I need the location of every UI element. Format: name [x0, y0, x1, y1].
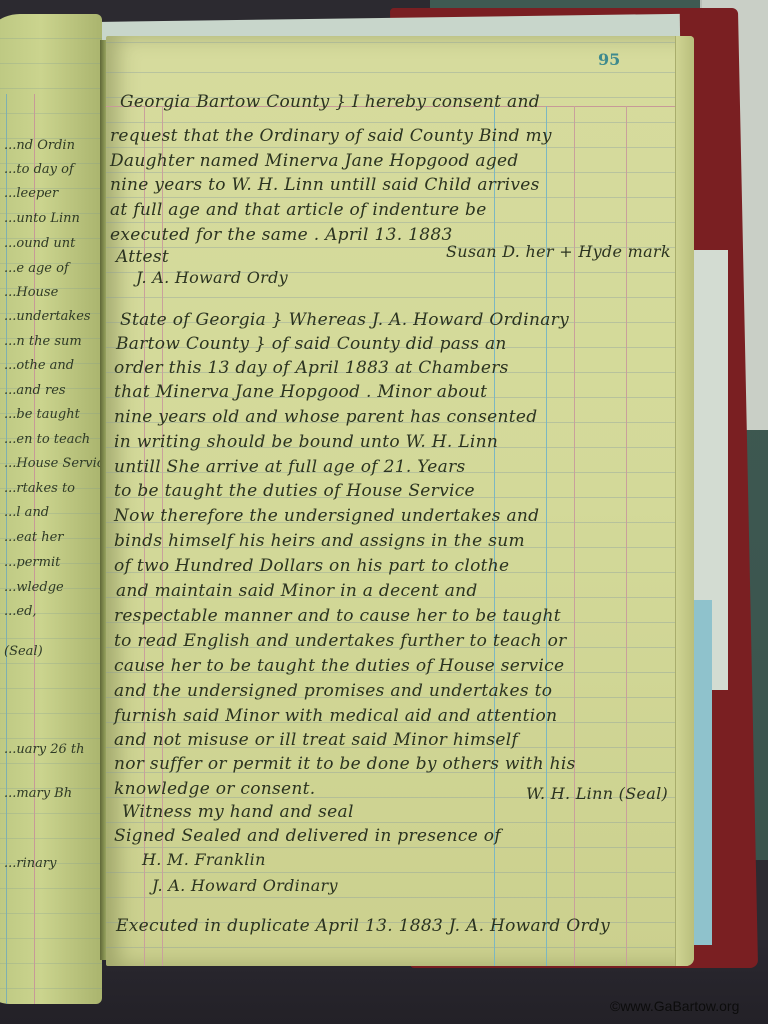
handwritten-line: Signed Sealed and delivered in presence …	[114, 826, 684, 846]
signature-howard: J. A. Howard Ordy	[136, 268, 694, 287]
handwritten-line: cause her to be taught the duties of Hou…	[114, 656, 684, 676]
handwritten-line: in writing should be bound unto W. H. Li…	[114, 432, 684, 452]
handwritten-line: to be taught the duties of House Service	[114, 481, 684, 501]
handwritten-line: Daughter named Minerva Jane Hopgood aged	[110, 151, 680, 171]
left-line: ...nd Ordin	[4, 138, 94, 153]
left-line: ...leeper	[4, 186, 94, 201]
handwritten-line: untill She arrive at full age of 21. Yea…	[114, 457, 684, 477]
handwritten-line: that Minerva Jane Hopgood . Minor about	[114, 382, 684, 402]
left-line: ...mary Bh	[4, 786, 94, 801]
handwritten-line: and the undersigned promises and underta…	[114, 681, 684, 701]
copyright-watermark: ©www.GaBartow.org	[610, 998, 739, 1014]
witness-howard: J. A. Howard Ordinary	[152, 876, 694, 895]
left-line: ...undertakes	[4, 309, 94, 324]
handwritten-line: Bartow County } of said County did pass …	[116, 334, 686, 354]
handwritten-line: respectable manner and to cause her to b…	[114, 606, 684, 626]
handwritten-line: request that the Ordinary of said County…	[110, 126, 680, 146]
handwritten-line: Witness my hand and seal	[122, 802, 692, 822]
left-line: ...wledge	[4, 580, 94, 595]
left-line: ...ed,	[4, 604, 94, 619]
page-number: 95	[598, 50, 620, 69]
handwritten-line: order this 13 day of April 1883 at Chamb…	[114, 358, 684, 378]
left-line: ...uary 26 th	[4, 742, 94, 757]
left-line: ...othe and	[4, 358, 94, 373]
handwritten-line: nine years to W. H. Linn untill said Chi…	[110, 175, 680, 195]
left-line: ...en to teach	[4, 432, 94, 447]
left-line: ...rtakes to	[4, 481, 94, 496]
handwritten-line: binds himself his heirs and assigns in t…	[114, 531, 684, 551]
execution-note: Executed in duplicate April 13. 1883 J. …	[116, 916, 686, 936]
left-page: ...nd Ordin ...to day of ...leeper ...un…	[0, 14, 102, 1004]
handwritten-line: of two Hundred Dollars on his part to cl…	[114, 556, 684, 576]
left-line: ...to day of	[4, 162, 94, 177]
left-line: ...unto Linn	[4, 211, 94, 226]
handwritten-line: nor suffer or permit it to be done by ot…	[114, 754, 684, 774]
left-seal: (Seal)	[4, 644, 94, 659]
left-line: ...eat her	[4, 530, 94, 545]
handwritten-line: furnish said Minor with medical aid and …	[114, 706, 684, 726]
handwritten-line: Attest	[116, 247, 686, 267]
left-line: ...be taught	[4, 407, 94, 422]
handwritten-line: to read English and undertakes further t…	[114, 631, 684, 651]
handwritten-line: nine years old and whose parent has cons…	[114, 407, 684, 427]
left-line: ...n the sum	[4, 334, 94, 349]
left-line: ...House	[4, 285, 94, 300]
witness-franklin: H. M. Franklin	[142, 850, 694, 869]
signature-linn-seal: W. H. Linn (Seal)	[526, 784, 694, 803]
handwritten-line: and not misuse or ill treat said Minor h…	[114, 730, 684, 750]
handwritten-line: State of Georgia } Whereas J. A. Howard …	[120, 310, 690, 330]
left-line: ...e age of	[4, 261, 94, 276]
left-line: ...permit	[4, 555, 94, 570]
handwritten-line: at full age and that article of indentur…	[110, 200, 680, 220]
left-line: ...rinary	[4, 856, 94, 871]
handwritten-line: and maintain said Minor in a decent and	[116, 581, 686, 601]
handwritten-line: Georgia Bartow County } I hereby consent…	[120, 92, 690, 112]
left-line: ...House Service	[4, 456, 94, 471]
left-line: ...l and	[4, 505, 94, 520]
left-line: ...ound unt	[4, 236, 94, 251]
right-page: 95 Georgia Bartow County } I hereby cons…	[106, 36, 694, 966]
handwritten-line: Now therefore the undersigned undertakes…	[114, 506, 684, 526]
left-line: ...and res	[4, 383, 94, 398]
